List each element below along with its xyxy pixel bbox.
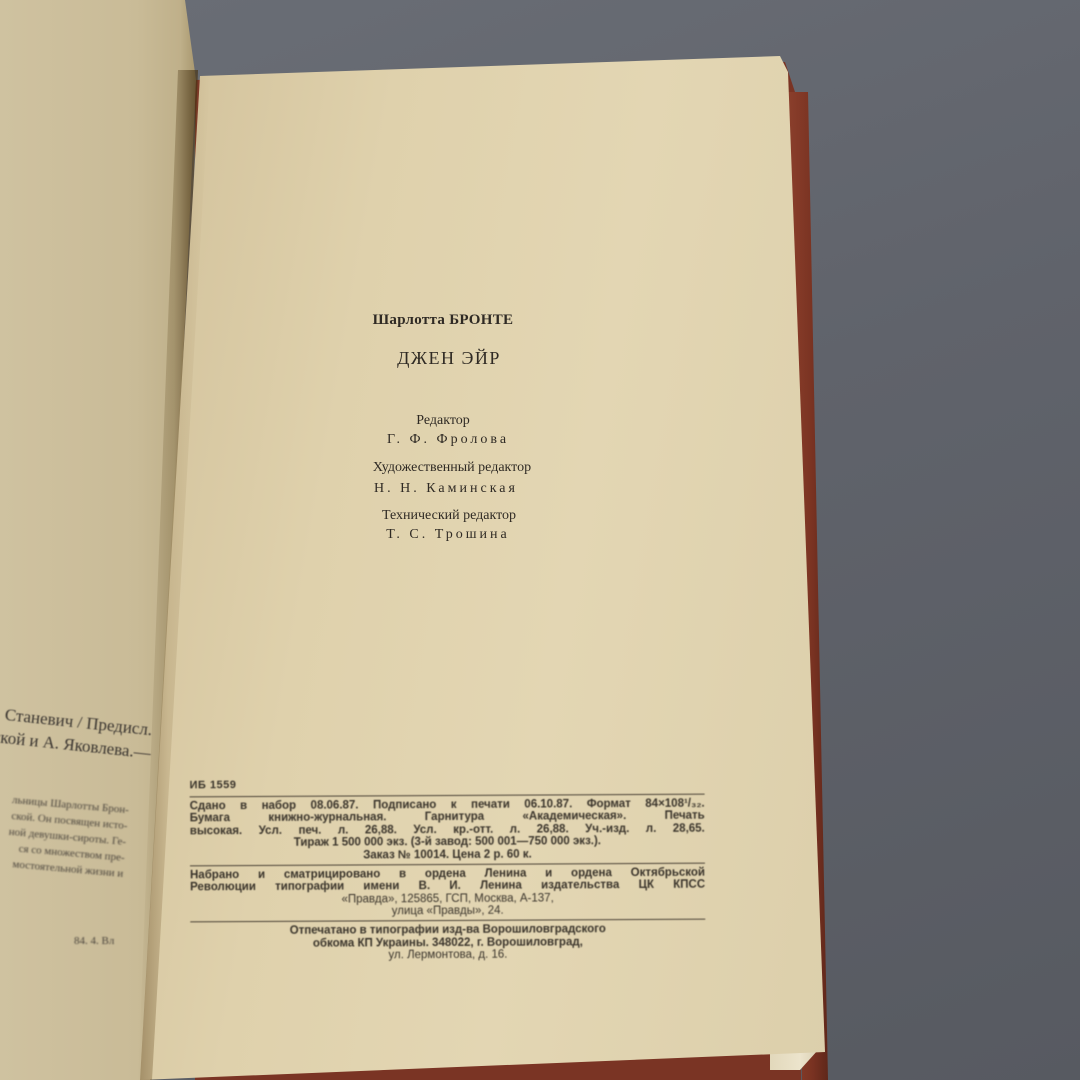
classification-code: 84. 4. Вл <box>74 935 114 947</box>
imprint-block: ИБ 1559 Сдано в набор 08.06.87. Подписан… <box>190 777 706 963</box>
credit-name-art-editor: Н. Н. Каминская <box>374 481 518 497</box>
credit-name-tech-editor: Т. С. Трошина <box>386 527 510 543</box>
book-title: ДЖЕН ЭЙР <box>397 348 501 369</box>
divider <box>190 793 705 797</box>
credit-role-art-editor: Художественный редактор <box>373 460 531 476</box>
credit-role-tech-editor: Технический редактор <box>382 508 516 524</box>
typesetting-line: Революции типографии имени В. И. Ленина … <box>190 879 705 894</box>
credit-name-editor: Г. Ф. Фролова <box>387 432 509 448</box>
order-price: Заказ № 10014. Цена 2 р. 60 к. <box>190 848 705 863</box>
page-content: Станевич / Предисл. ской и А. Яковлева.—… <box>0 0 1080 1080</box>
ib-number: ИБ 1559 <box>190 777 705 792</box>
divider <box>190 919 705 923</box>
left-page-annotation: льницы Шарлотты Брон- ской. Он посвящен … <box>0 790 129 882</box>
author-name: Шарлотта БРОНТЕ <box>373 312 514 329</box>
typesetting-address: улица «Правды», 24. <box>190 904 705 919</box>
credit-role-editor: Редактор <box>416 413 470 429</box>
book-photo-scene: Станевич / Предисл. ской и А. Яковлева.—… <box>0 0 1080 1080</box>
divider <box>190 862 705 866</box>
printing-line: ул. Лермонтова, д. 16. <box>190 948 705 963</box>
